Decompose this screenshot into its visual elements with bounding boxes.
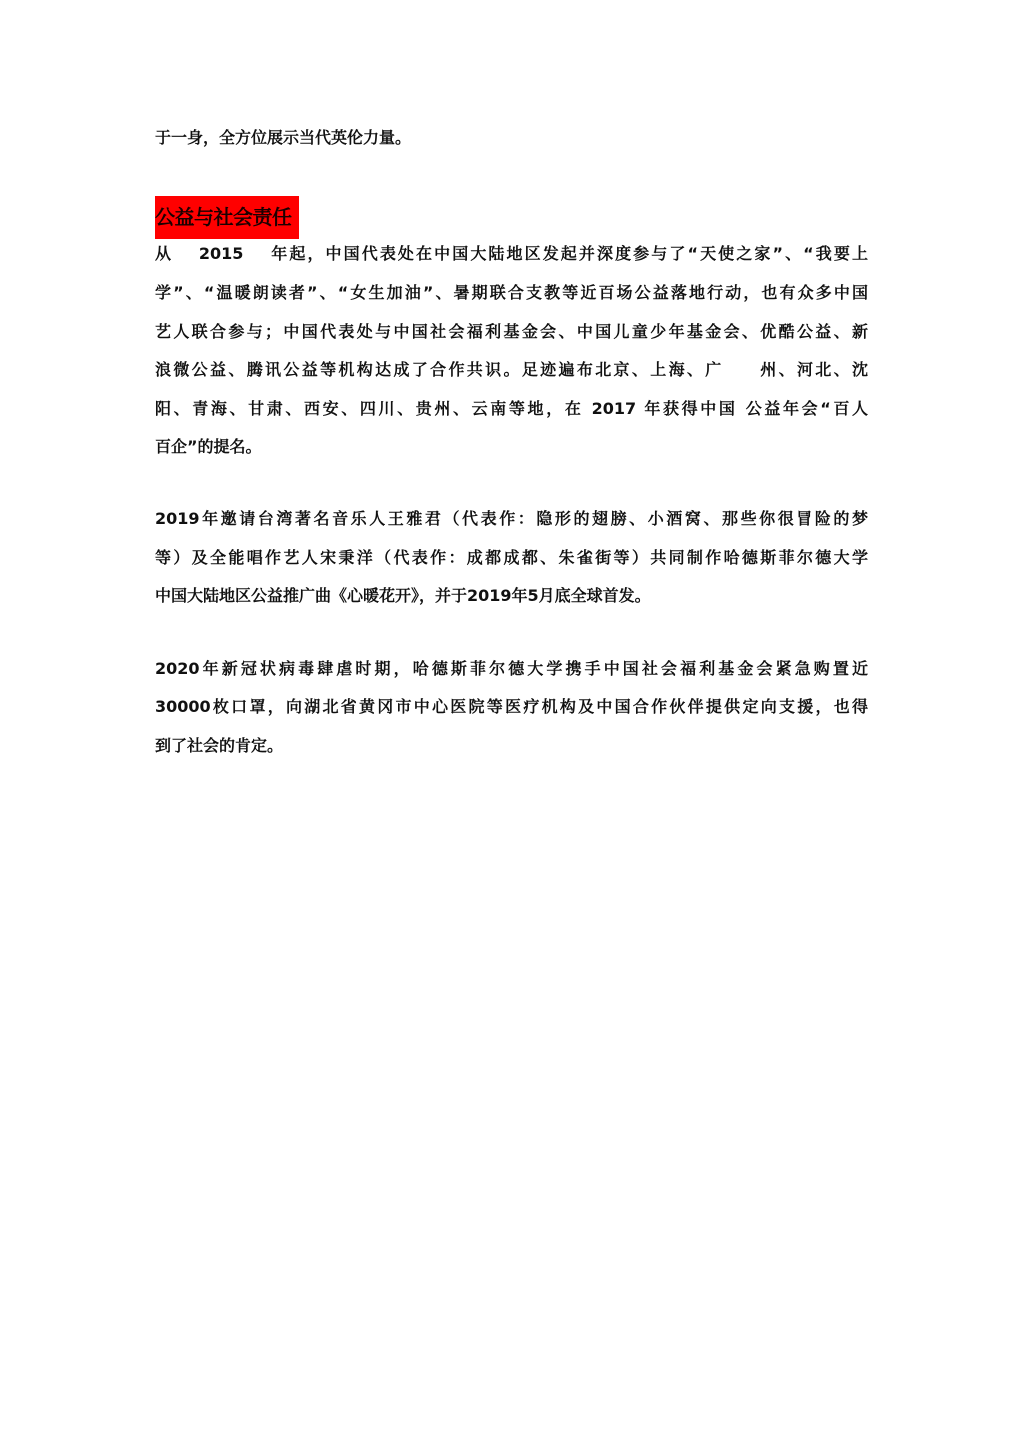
paragraph-line: 从 2015 年起，中国代表处在中国大陆地区发起并深度参与了“天使之家”、“我要… xyxy=(155,244,868,264)
paragraph-line: 浪微公益、腾讯公益等机构达成了合作共识。足迹遍布北京、上海、广 州、河北、沈 xyxy=(155,360,868,380)
paragraph-line: 阳、青海、甘肃、西安、四川、贵州、云南等地，在 2017 年获得中国 公益年会“… xyxy=(155,399,868,419)
paragraph-line: 学”、“温暖朗读者”、“女生加油”、暑期联合支教等近百场公益落地行动，也有众多中… xyxy=(155,283,868,303)
paragraph-line: 30000枚口罩，向湖北省黄冈市中心医院等医疗机构及中国合作伙伴提供定向支援，也… xyxy=(155,697,868,717)
section-heading: 公益与社会责任 xyxy=(155,196,299,239)
paragraph-line: 百企”的提名。 xyxy=(155,437,868,457)
paragraph-line: 2019年邀请台湾著名音乐人王雅君（代表作：隐形的翅膀、小酒窝、那些你很冒险的梦 xyxy=(155,509,868,529)
paragraph-line: 2020年新冠状病毒肆虐时期，哈德斯菲尔德大学携手中国社会福利基金会紧急购置近 xyxy=(155,659,868,679)
document-page: 于一身，全方位展示当代英伦力量。 公益与社会责任 从 2015 年起，中国代表处… xyxy=(0,0,1024,1448)
paragraph-line: 等）及全能唱作艺人宋秉洋（代表作：成都成都、朱雀街等）共同制作哈德斯菲尔德大学 xyxy=(155,548,868,568)
paragraph-line: 到了社会的肯定。 xyxy=(155,736,868,756)
paragraph-line: 中国大陆地区公益推广曲《心暖花开》，并于2019年5月底全球首发。 xyxy=(155,586,868,606)
intro-tail-text: 于一身，全方位展示当代英伦力量。 xyxy=(155,128,868,148)
paragraph-line: 艺人联合参与；中国代表处与中国社会福利基金会、中国儿童少年基金会、优酷公益、新 xyxy=(155,322,868,342)
